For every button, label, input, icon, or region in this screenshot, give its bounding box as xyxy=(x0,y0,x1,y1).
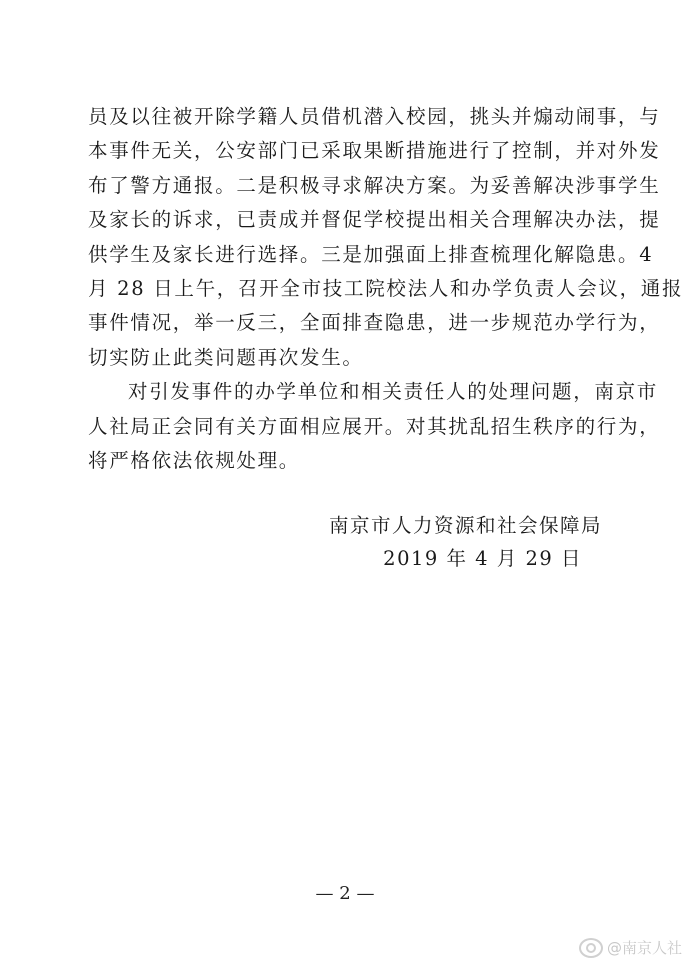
document-body: 员及以往被开除学籍人员借机潜入校园，挑头并煽动闹事，与 本事件无关，公安部门已采… xyxy=(88,100,608,478)
signature-date: 2019 年 4 月 29 日 xyxy=(383,543,582,571)
signature-organization: 南京市人力资源和社会保障局 xyxy=(329,510,602,538)
text-line: 布了警方通报。二是积极寻求解决方案。为妥善解决涉事学生 xyxy=(88,169,608,203)
text-line: 及家长的诉求，已责成并督促学校提出相关合理解决办法，提 xyxy=(88,203,608,237)
page-number: — 2 — xyxy=(0,883,690,904)
text-line: 人社局正会同有关方面相应展开。对其扰乱招生秩序的行为， xyxy=(88,410,608,444)
watermark-text: @南京人社 xyxy=(607,937,682,958)
paragraph-2: 对引发事件的办学单位和相关责任人的处理问题，南京市 人社局正会同有关方面相应展开… xyxy=(88,375,608,478)
text-line: 月 28 日上午，召开全市技工院校法人和办学负责人会议，通报 xyxy=(88,272,608,306)
text-line: 对引发事件的办学单位和相关责任人的处理问题，南京市 xyxy=(88,375,608,409)
weibo-icon xyxy=(579,938,603,958)
text-line: 员及以往被开除学籍人员借机潜入校园，挑头并煽动闹事，与 xyxy=(88,100,608,134)
text-line: 事件情况，举一反三，全面排查隐患，进一步规范办学行为， xyxy=(88,306,608,340)
watermark: @南京人社 xyxy=(579,937,682,958)
text-line: 将严格依法依规处理。 xyxy=(88,444,608,478)
text-line: 供学生及家长进行选择。三是加强面上排查梳理化解隐患。4 xyxy=(88,238,608,272)
text-line: 本事件无关，公安部门已采取果断措施进行了控制，并对外发 xyxy=(88,134,608,168)
text-line: 切实防止此类问题再次发生。 xyxy=(88,341,608,375)
paragraph-1: 员及以往被开除学籍人员借机潜入校园，挑头并煽动闹事，与 本事件无关，公安部门已采… xyxy=(88,100,608,375)
